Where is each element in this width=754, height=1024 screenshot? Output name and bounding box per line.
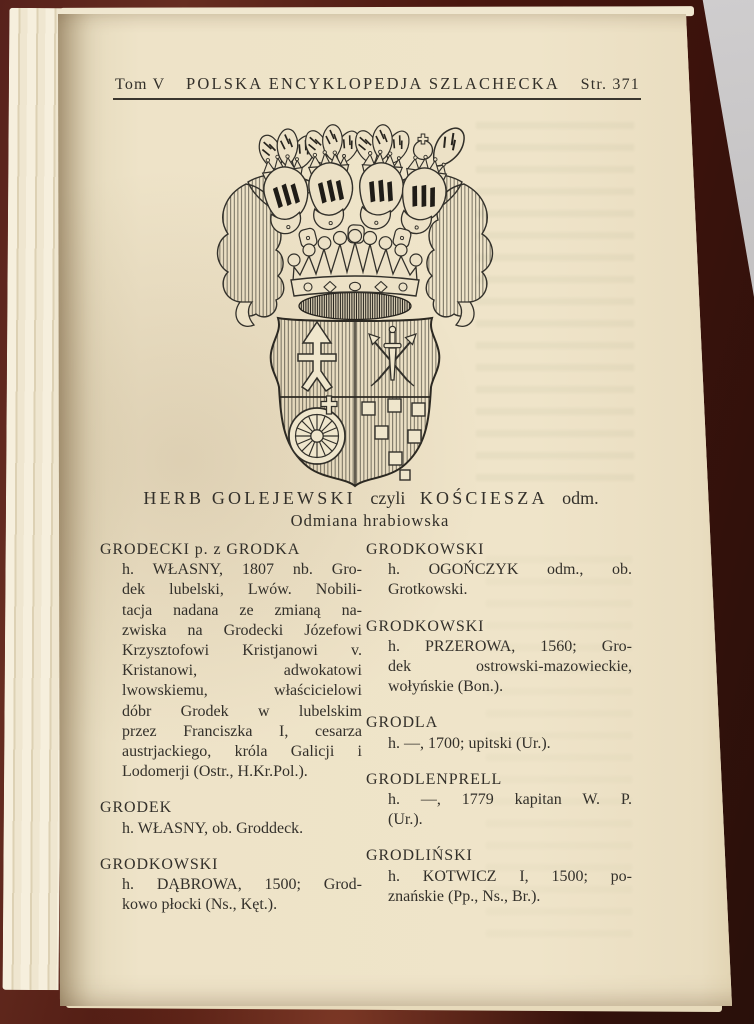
dictionary-entry: GRODECKI p. z GRODKAh. WŁASNY, 1807 nb. …: [100, 540, 362, 782]
entry-line: zwiska na Grodecki Józefowi: [100, 621, 362, 641]
entry-line: h. OGOŃCZYK odm., ob.: [366, 560, 632, 580]
volume-label: Tom V: [115, 76, 165, 94]
entry-line: znańskie (Pp., Ns., Br.).: [366, 887, 632, 907]
entry-line: Krzysztofowi Kristjanowi v.: [100, 641, 362, 661]
entry-line: h. WŁASNY, 1807 nb. Gro-: [100, 560, 362, 580]
dictionary-entry: GRODKOWSKIh. PRZEROWA, 1560; Gro-dek ost…: [366, 617, 632, 698]
herb-subcaption: Odmiana hrabiowska: [70, 511, 670, 531]
dictionary-entry: GRODLENPRELLh. —, 1779 kapitan W. P.(Ur.…: [366, 770, 632, 831]
dictionary-entry: GRODLIŃSKIh. KOTWICZ I, 1500; po-znański…: [366, 846, 632, 907]
entry-headword: GRODKOWSKI: [366, 540, 632, 560]
entry-headword: GRODECKI p. z GRODKA: [100, 540, 362, 560]
entry-line: h. —, 1779 kapitan W. P.: [366, 790, 632, 810]
entry-line: austrjackiego, króla Galicji i: [100, 742, 362, 762]
entry-line: tacja nadana ze zmianą na-: [100, 601, 362, 621]
entry-line: h. PRZEROWA, 1560; Gro-: [366, 637, 632, 657]
page-number: Str. 371: [581, 76, 640, 94]
entry-line: (Ur.).: [366, 810, 632, 830]
right-column: GRODKOWSKIh. OGOŃCZYK odm., ob.Grotkowsk…: [366, 540, 632, 923]
herb-name: HERB GOLEJEWSKI: [143, 488, 356, 508]
entry-line: Lodomerji (Ostr., H.Kr.Pol.).: [100, 762, 362, 782]
dictionary-entry: GRODKOWSKIh. OGOŃCZYK odm., ob.Grotkowsk…: [366, 540, 632, 601]
herb-caption: HERB GOLEJEWSKI czyli KOŚCIESZA odm.: [70, 488, 670, 509]
entry-line: dóbr Grodek w lubelskim: [100, 702, 362, 722]
entry-line: h. —, 1700; upitski (Ur.).: [366, 734, 632, 754]
entry-line: wołyńskie (Bon.).: [366, 677, 632, 697]
dictionary-entry: GRODEKh. WŁASNY, ob. Groddeck.: [100, 798, 362, 838]
entry-line: lwowskiemu, właścicielowi: [100, 681, 362, 701]
caption-connector: czyli: [370, 488, 405, 508]
dictionary-entry: GRODLAh. —, 1700; upitski (Ur.).: [366, 713, 632, 753]
entry-headword: GRODLA: [366, 713, 632, 733]
running-header: Tom V POLSKA ENCYKLOPEDJA SZLACHECKA Str…: [115, 74, 640, 94]
book-photo: Tom V POLSKA ENCYKLOPEDJA SZLACHECKA Str…: [0, 0, 754, 1024]
page-stack-edges: [3, 8, 66, 990]
header-rule: [113, 98, 641, 100]
entry-line: Grotkowski.: [366, 580, 632, 600]
entry-line: h. DĄBROWA, 1500; Grod-: [100, 875, 362, 895]
entry-headword: GRODEK: [100, 798, 362, 818]
caption-suffix: odm.: [562, 488, 599, 508]
entry-line: przez Franciszka I, cesarza: [100, 722, 362, 742]
left-column: GRODECKI p. z GRODKAh. WŁASNY, 1807 nb. …: [100, 540, 362, 931]
book-title: POLSKA ENCYKLOPEDJA SZLACHECKA: [165, 74, 580, 94]
herb-alt-name: KOŚCIESZA: [420, 488, 548, 508]
entry-line: kowo płocki (Ns., Kęt.).: [100, 895, 362, 915]
entry-line: Kristanowi, adwokatowi: [100, 661, 362, 681]
entry-headword: GRODKOWSKI: [366, 617, 632, 637]
entry-headword: GRODLIŃSKI: [366, 846, 632, 866]
dictionary-entry: GRODKOWSKIh. DĄBROWA, 1500; Grod-kowo pł…: [100, 855, 362, 916]
entry-line: h. WŁASNY, ob. Groddeck.: [100, 819, 362, 839]
coat-of-arms-illustration: [190, 110, 520, 490]
entry-headword: GRODLENPRELL: [366, 770, 632, 790]
entry-line: dek ostrowski-mazowieckie,: [366, 657, 632, 677]
entry-line: dek lubelski, Lwów. Nobili-: [100, 580, 362, 600]
entry-headword: GRODKOWSKI: [100, 855, 362, 875]
entry-line: h. KOTWICZ I, 1500; po-: [366, 867, 632, 887]
